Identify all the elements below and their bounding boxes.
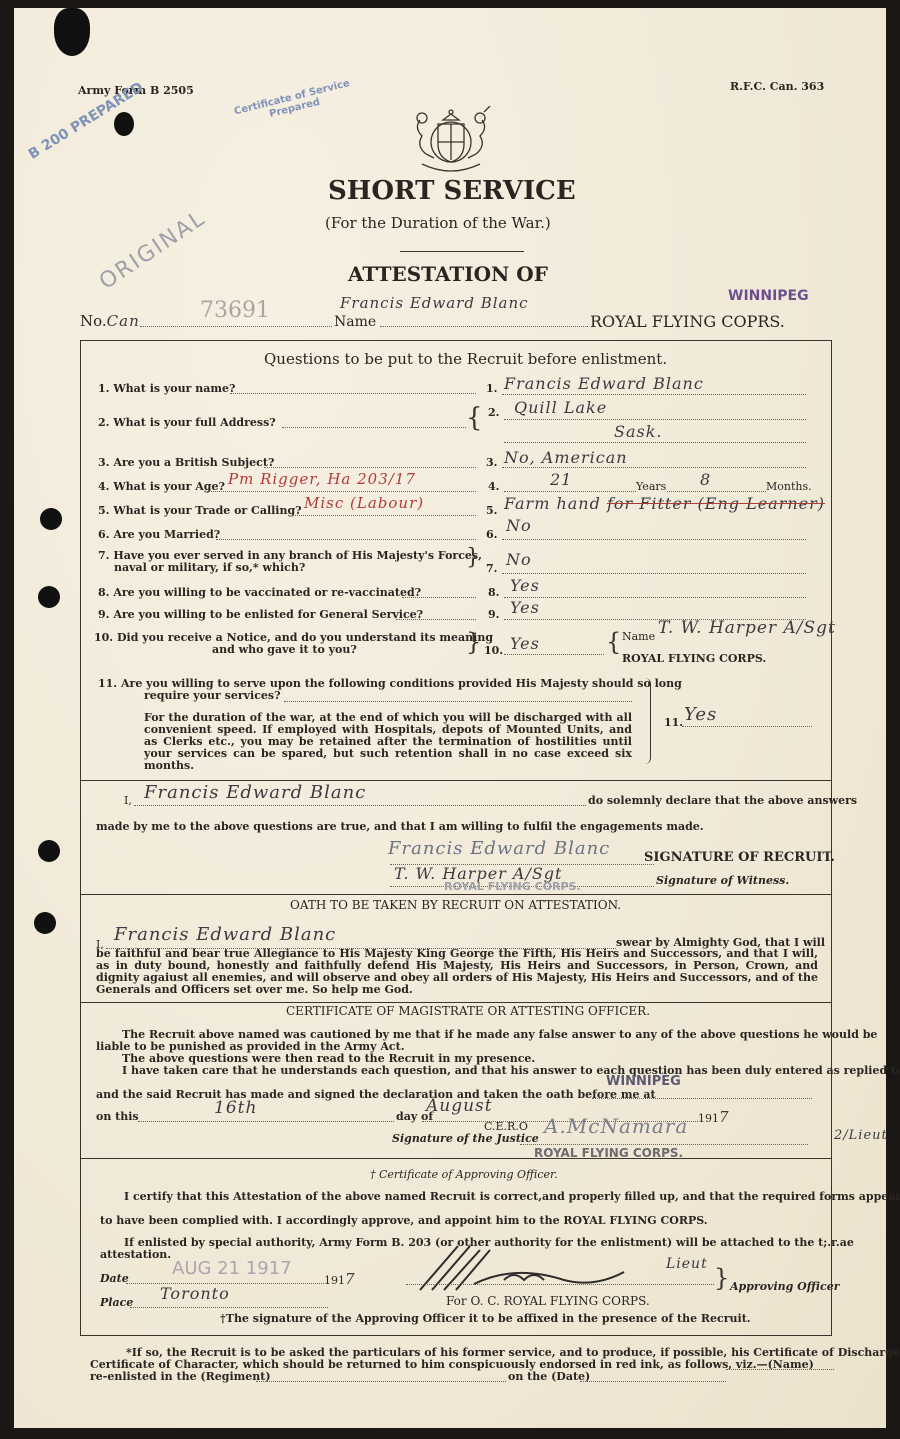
brace: } xyxy=(466,632,481,652)
footer-line-3b: on the (Date) xyxy=(508,1370,590,1383)
approving-signature-dots xyxy=(406,1284,714,1285)
question-7: 7. Have you ever served in any branch of… xyxy=(98,550,482,574)
punch-hole xyxy=(34,912,56,934)
answer-10-dots xyxy=(504,654,604,655)
form-reference: R.F.C. Can. 363 xyxy=(730,80,824,93)
brace: { xyxy=(466,408,483,428)
red-annotation-rigger: Pm Rigger, Ha 203/17 xyxy=(228,470,416,488)
questions-heading: Questions to be put to the Recruit befor… xyxy=(264,350,667,368)
brace: } xyxy=(714,1268,729,1288)
red-annotation-misc-labour: Misc (Labour) xyxy=(304,494,424,512)
justice-signature-label: Signature of the Justice xyxy=(392,1132,539,1145)
question-9: 9. Are you willing to be enlisted for Ge… xyxy=(98,608,423,621)
stamp-date-received: AUG 21 1917 xyxy=(172,1258,292,1279)
footer-date-dots xyxy=(580,1381,726,1382)
footer-line-3a: re-enlisted in the (Regiment) xyxy=(90,1370,271,1383)
answer-3-num: 3. xyxy=(486,456,497,469)
service-number-dots xyxy=(140,326,332,327)
question-8: 8. Are you willing to be vaccinated or r… xyxy=(98,586,421,599)
declaration-name: Francis Edward Blanc xyxy=(144,782,366,803)
place-dots xyxy=(130,1307,328,1308)
answer-6: No xyxy=(506,516,532,535)
attest-month: August xyxy=(426,1096,493,1116)
brace-11 xyxy=(644,678,651,764)
answer-2-dots xyxy=(504,419,806,420)
for-oc-rfc: For O. C. ROYAL FLYING CORPS. xyxy=(446,1294,650,1308)
magistrate-heading: CERTIFICATE OF MAGISTRATE OR ATTESTING O… xyxy=(286,1004,650,1018)
answer-11: Yes xyxy=(684,704,717,725)
answer-8: Yes xyxy=(510,576,540,595)
answer-2-num: 2. xyxy=(488,406,499,419)
question-8-dots xyxy=(402,597,476,598)
answer-2-dots-2 xyxy=(504,442,806,443)
justice-rank: 2/Lieut xyxy=(834,1128,888,1143)
answer-8-num: 8. xyxy=(488,586,499,599)
divider xyxy=(80,1002,832,1003)
declaration-dots xyxy=(134,805,586,806)
stamp-rfc-witness: ROYAL FLYING CORPS. xyxy=(444,880,581,893)
answer-3-dots xyxy=(502,467,806,468)
answer-6-dots xyxy=(502,539,806,540)
answer-3: No, American xyxy=(504,448,628,467)
months-label: Months. xyxy=(766,480,812,493)
answer-5-struck: for Fitter (Eng Learner) xyxy=(607,494,825,513)
attest-place-dots xyxy=(592,1098,812,1099)
brace: { xyxy=(606,632,621,652)
service-conditions: For the duration of the war, at the end … xyxy=(144,712,632,772)
answer-10: Yes xyxy=(510,634,540,653)
ink-blot xyxy=(54,8,90,56)
justice-signature: A.McNamara xyxy=(544,1114,688,1138)
name-label: Name xyxy=(334,314,376,330)
question-10: 10. Did you receive a Notice, and do you… xyxy=(94,632,493,656)
title-divider xyxy=(400,251,524,252)
attest-year: 1917 xyxy=(698,1108,730,1126)
notice-given-by: T. W. Harper A/Sgt xyxy=(658,618,836,638)
question-5-dots xyxy=(292,515,476,516)
answer-4-num: 4. xyxy=(488,480,499,493)
approving-line-2: to have been complied with. I accordingl… xyxy=(100,1214,708,1227)
recruit-signature-label: SIGNATURE OF RECRUIT. xyxy=(644,850,835,865)
justice-signature-dots xyxy=(520,1144,808,1145)
punch-hole xyxy=(38,586,60,608)
answer-7-dots xyxy=(502,573,806,574)
stamp-original: ORIGINAL xyxy=(95,206,210,295)
coat-of-arms-icon xyxy=(408,106,494,176)
oath-heading: OATH TO BE TAKEN BY RECRUIT ON ATTESTATI… xyxy=(290,898,621,912)
witness-label: Signature of Witness. xyxy=(656,874,789,887)
question-5: 5. What is your Trade or Calling? xyxy=(98,504,302,517)
service-number: 73691 xyxy=(200,298,270,323)
magistrate-line-4: I have taken care that he understands ea… xyxy=(122,1064,900,1077)
recruit-signature: Francis Edward Blanc xyxy=(388,838,610,859)
punch-hole xyxy=(40,508,62,530)
stamp-winnipeg: WINNIPEG xyxy=(728,288,809,304)
answer-4-months: 8 xyxy=(700,470,711,489)
notice-name-label: Name xyxy=(622,630,655,643)
answer-2-line1: Quill Lake xyxy=(514,398,607,417)
answer-4-years: 21 xyxy=(550,470,572,489)
years-label: Years xyxy=(636,480,666,493)
recruit-name-header: Francis Edward Blanc xyxy=(340,294,529,312)
unit-name-header: ROYAL FLYING COPRS. xyxy=(590,312,785,331)
question-4-dots xyxy=(204,491,476,492)
answer-1-num: 1. xyxy=(486,382,497,395)
divider xyxy=(80,894,832,895)
answer-1-dots xyxy=(502,394,806,395)
question-1: 1. What is your name? xyxy=(98,382,235,395)
footer-name-dots xyxy=(726,1369,834,1370)
punch-hole xyxy=(38,840,60,862)
question-11: 11. Are you willing to serve upon the fo… xyxy=(98,678,682,702)
answer-1: Francis Edward Blanc xyxy=(504,374,704,393)
question-9-dots xyxy=(396,619,476,620)
brace: } xyxy=(466,548,480,568)
question-6: 6. Are you Married? xyxy=(98,528,220,541)
declaration-text-2: made by me to the above questions are tr… xyxy=(96,820,704,833)
name-dots xyxy=(380,326,588,327)
divider xyxy=(80,1158,832,1159)
date-label: Date xyxy=(100,1272,129,1285)
approving-year: 1917 xyxy=(324,1270,356,1288)
form-subtitle: (For the Duration of the War.) xyxy=(325,214,551,232)
answer-5-num: 5. xyxy=(486,504,497,517)
answer-7-num: 7. xyxy=(486,562,497,575)
magistrate-line-5: and the said Recruit has made and signed… xyxy=(96,1088,656,1101)
form-title: SHORT SERVICE xyxy=(328,176,576,206)
oath-body: be faithful and bear true Allegiance to … xyxy=(96,948,818,996)
day-dots xyxy=(138,1121,394,1122)
divider xyxy=(80,780,832,781)
approving-heading: † Certificate of Approving Officer. xyxy=(370,1168,558,1181)
stamp-certificate-of-service: Certificate of Service Prepared xyxy=(233,78,353,128)
attestation-title: ATTESTATION OF xyxy=(348,262,548,286)
punch-hole xyxy=(114,112,134,136)
question-11-dots xyxy=(284,701,632,702)
approving-officer-label: Approving Officer xyxy=(730,1280,840,1293)
question-3-dots xyxy=(264,467,476,468)
answer-9: Yes xyxy=(510,598,540,617)
attest-day: 16th xyxy=(214,1098,257,1118)
place-label: Place xyxy=(100,1296,133,1309)
service-number-prefix: Can xyxy=(107,312,140,330)
question-2-dots xyxy=(282,427,466,428)
approving-officer-rank: Lieut xyxy=(666,1256,708,1272)
question-2: 2. What is your full Address? xyxy=(98,416,276,429)
place-value: Toronto xyxy=(160,1284,230,1303)
question-6-dots xyxy=(216,539,476,540)
attestation-paper: Army Form B 2505 R.F.C. Can. 363 B 200 P… xyxy=(14,8,886,1428)
answer-8-dots xyxy=(504,597,806,598)
answer-11-dots xyxy=(682,726,812,727)
answer-2-line2: Sask. xyxy=(614,422,663,441)
declaration-text-1: do solemnly declare that the above answe… xyxy=(588,794,857,807)
declaration-prefix: I, xyxy=(124,794,132,807)
answer-10-num: 10. xyxy=(484,644,503,657)
answer-5: Farm hand for Fitter (Eng Learner) xyxy=(504,494,825,513)
footer-regiment-dots xyxy=(256,1381,506,1382)
answer-11-num: 11. xyxy=(664,716,683,729)
oath-name: Francis Edward Blanc xyxy=(114,924,336,945)
stamp-winnipeg-2: WINNIPEG xyxy=(606,1074,681,1089)
answer-9-num: 9. xyxy=(488,608,499,621)
approving-line-4: attestation. xyxy=(100,1248,171,1261)
answer-7: No xyxy=(506,550,532,569)
approving-footnote: †The signature of the Approving Officer … xyxy=(220,1312,751,1325)
answer-6-num: 6. xyxy=(486,528,497,541)
service-number-line: No.Can xyxy=(80,312,140,330)
approving-officer-signature xyxy=(414,1240,654,1296)
question-1-dots xyxy=(230,393,476,394)
question-3: 3. Are you a British Subject? xyxy=(98,456,274,469)
notice-unit: ROYAL FLYING CORPS. xyxy=(622,652,766,665)
on-this-label: on this xyxy=(96,1110,139,1123)
approving-line-1: I certify that this Attestation of the a… xyxy=(124,1190,900,1203)
